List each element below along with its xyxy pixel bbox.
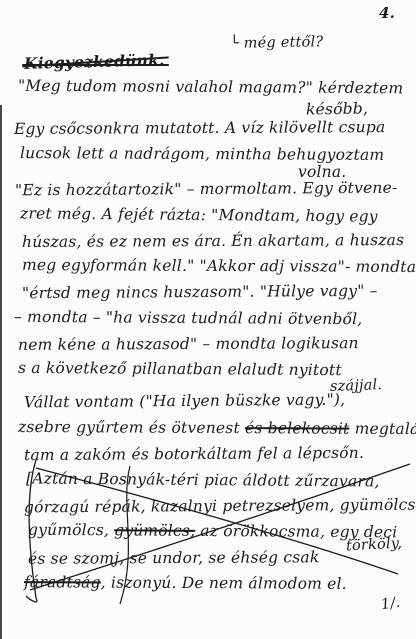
struck-text: és belekocsit [245,419,350,438]
manuscript-line: s a következő pillanatban elaludt nyitot… [18,361,342,379]
line-text: megtalál- [349,420,416,438]
manuscript-line: – mondta – "ha vissza tudnál adni ötvenb… [14,310,363,328]
struck-text: fáradtság [24,573,101,591]
line-text: gyűmölcs, [28,521,114,540]
manuscript-line: húszas, és ez nem es ára. Én akartam, a … [22,233,404,251]
manuscript-line: később, [306,101,368,118]
line-text: , iszonyú. De nem álmodom el. [101,574,347,593]
manuscript-line: Egy csőcsonkra mutatott. A víz kilövellt… [14,120,385,137]
manuscript-line: meg egyformán kell." "Akkor adj vissza"-… [22,258,416,276]
manuscript-line: és se szomj, se undor, se éhség csak [28,550,319,567]
page-number: 4. [379,6,395,21]
manuscript-line: gyűmölcs, gyümölcs, az örökkocsma, egy d… [28,523,397,541]
line-text: zsebre gyűrtem és ötvenest [18,418,245,437]
manuscript-line: "Ez is hozzátartozik" – mormoltam. Egy ö… [15,181,398,199]
footer-mark: 1/. [380,596,401,613]
manuscript-page: 4. └ még ettől? Kiegyezkedünk. "Meg tudo… [0,0,416,639]
manuscript-line: lucsok lett a nadrágom, mintha behugyozt… [20,146,384,163]
manuscript-line: törköly, [346,537,403,554]
manuscript-line: "értsd meg nincs huszasom". "Hülye vagy"… [22,284,378,302]
manuscript-line: zsebre gyűrtem és ötvenest és belekocsit… [18,420,416,438]
manuscript-line: zret még. A fejét rázta: "Mondtam, hogy … [20,206,378,225]
manuscript-line: nem kéne a huszasod" – mondta logikusan [18,336,359,353]
manuscript-line: "Meg tudom mosni valahol magam?" kérdezt… [18,79,403,97]
manuscript-line: górzagú répák, kazalnyi petrezselyem, gy… [24,498,416,516]
scan-edge-shadow [0,105,2,639]
manuscript-line: Vállat vontam ("Ha ilyen büszke vagy."), [24,393,345,411]
manuscript-line: fáradtság, iszonyú. De nem álmodom el. [24,575,347,592]
insert-note: └ még ettől? [230,35,324,51]
struck-text: gyümölcs, [114,521,195,540]
manuscript-line: tam a zakóm és botorkáltam fel a lépcsőn… [24,446,364,464]
struck-heading-text: Kiegyezkedünk. [24,52,165,71]
struck-heading: Kiegyezkedünk. [24,52,165,72]
manuscript-line: [Aztán a Bosnyák-téri piac áldott zűrzav… [26,471,380,490]
